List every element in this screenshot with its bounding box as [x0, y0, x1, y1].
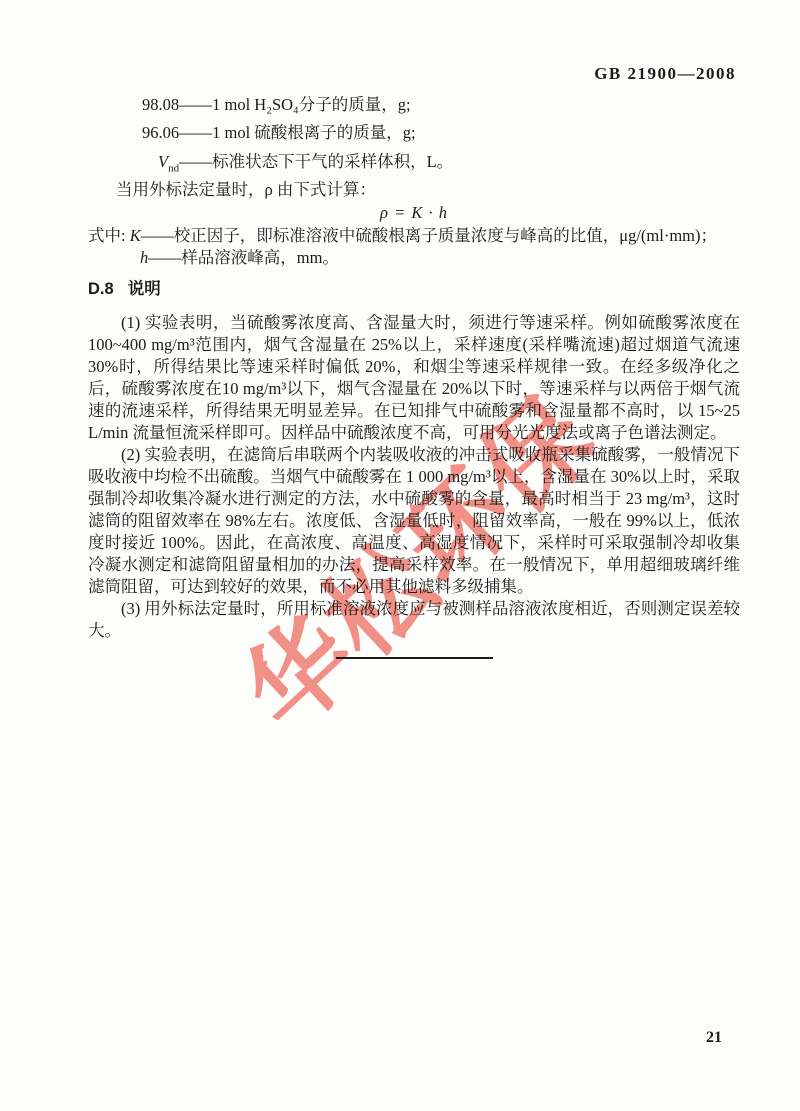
page-content: 98.08——1 mol H₂SO₄分子的质量，g; 96.06——1 mol …	[88, 94, 740, 659]
where-text: ——样品溶液峰高，mm。	[148, 248, 339, 267]
definition-symbol-sub: nd	[168, 162, 179, 174]
document-page: 华松环保 GB 21900—2008 98.08——1 mol H₂SO₄分子的…	[0, 0, 800, 1111]
definition-symbol: 98.08	[142, 95, 179, 114]
section-heading: D.8说明	[88, 278, 740, 300]
paragraph-2: (2) 实验表明，在滤筒后串联两个内装吸收液的冲击式吸收瓶采集硫酸雾，一般情况下…	[88, 444, 740, 598]
where-line: h——样品溶液峰高，mm。	[140, 247, 740, 269]
definition-row: 96.06——1 mol 硫酸根离子的质量，g;	[142, 122, 740, 150]
definition-text: ——标准状态下干气的采样体积，L。	[179, 152, 453, 171]
definition-row: 98.08——1 mol H₂SO₄分子的质量，g;	[142, 94, 740, 122]
paragraph-1: (1) 实验表明，当硫酸雾浓度高、含湿量大时，须进行等速采样。例如硫酸雾浓度在1…	[88, 312, 740, 444]
where-label: 式中:	[88, 226, 126, 245]
definition-row: Vnd——标准状态下干气的采样体积，L。	[158, 151, 740, 179]
section-title: 说明	[128, 280, 161, 298]
end-divider	[336, 657, 493, 659]
paragraph-3: (3) 用外标法定量时，所用标准溶液浓度应与被测样品溶液浓度相近，否则测定误差较…	[88, 598, 740, 642]
section-number: D.8	[88, 280, 114, 298]
symbol-definitions: 98.08——1 mol H₂SO₄分子的质量，g; 96.06——1 mol …	[142, 94, 740, 179]
where-symbol: h	[140, 248, 148, 267]
page-number: 21	[706, 1029, 722, 1047]
formula-intro: 当用外标法定量时，ρ 由下式计算：	[88, 179, 740, 201]
definition-text: ——1 mol 硫酸根离子的质量，g;	[179, 123, 416, 142]
definition-text: ——1 mol H₂SO₄分子的质量，g;	[179, 95, 411, 114]
definition-symbol: 96.06	[142, 123, 179, 142]
formula: ρ = K · h	[88, 202, 740, 224]
where-line: 式中: K——校正因子，即标准溶液中硫酸根离子质量浓度与峰高的比值，μg/(ml…	[88, 225, 740, 247]
where-text: ——校正因子，即标准溶液中硫酸根离子质量浓度与峰高的比值，μg/(ml·mm)；	[141, 226, 717, 245]
where-clause: 式中: K——校正因子，即标准溶液中硫酸根离子质量浓度与峰高的比值，μg/(ml…	[88, 225, 740, 269]
definition-symbol: V	[158, 152, 168, 171]
where-symbol: K	[130, 226, 141, 245]
standard-code: GB 21900—2008	[594, 64, 736, 84]
